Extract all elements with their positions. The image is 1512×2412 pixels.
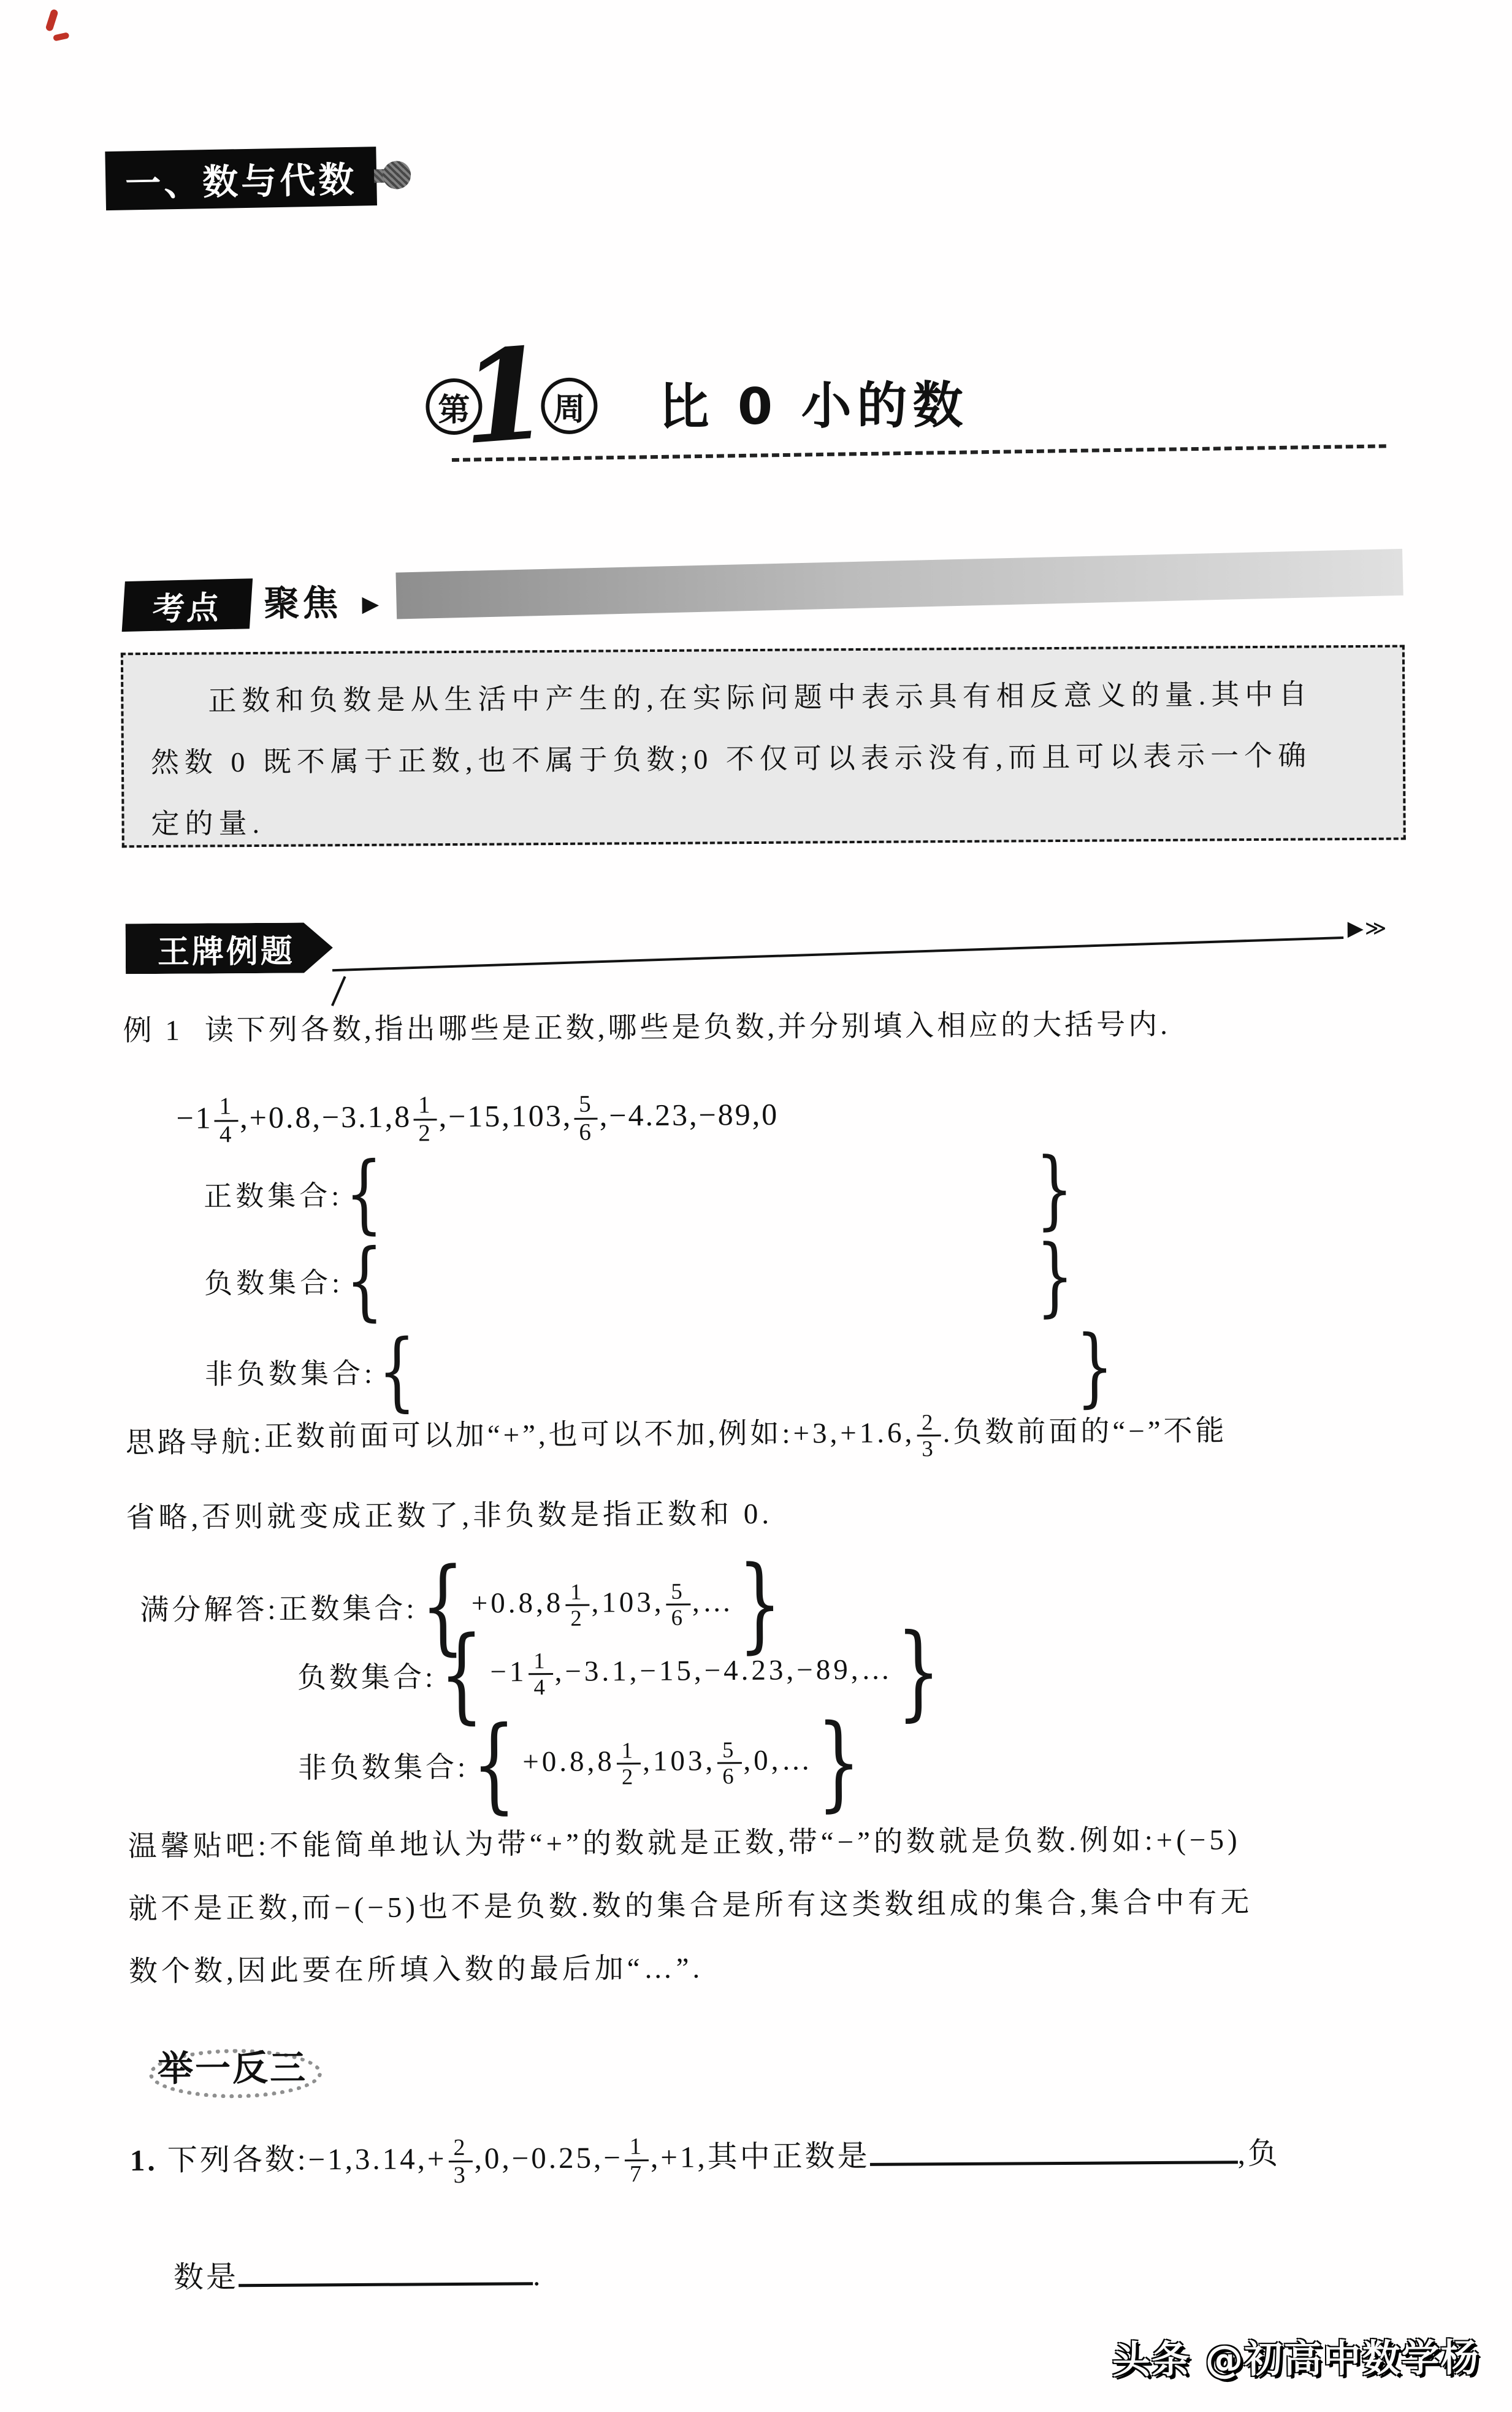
solution-set-items: +0.8,812,103,56,… — [472, 1579, 735, 1631]
question-text: 数是 — [174, 2260, 239, 2294]
red-scan-mark — [45, 9, 58, 32]
set-label: 正数集合: — [204, 1173, 343, 1214]
fraction: 23 — [917, 1411, 941, 1461]
fraction: 23 — [448, 2135, 473, 2188]
fraction: 56 — [717, 1738, 742, 1788]
focus-tag: 考点 — [122, 578, 253, 632]
question-text: 下列各数:−1,3.14,+23,0,−0.25,−17,+1,其中正数是 — [167, 2139, 870, 2177]
question-number: 1. — [130, 2143, 158, 2177]
key-point-line: 定的量. — [151, 786, 1379, 855]
chapter-banner: 一、数与代数 — [105, 147, 377, 210]
guide-line-2: 省略,否则就变成正数了,非负数是指正数和 0. — [126, 1485, 773, 1547]
triangle-arrow-icon: ▶ — [362, 579, 379, 629]
solution-set-items: +0.8,812,103,56,0,… — [522, 1737, 814, 1790]
set-label: 非负数集合: — [205, 1351, 376, 1393]
solution-set-items: −114,−3.1,−15,−4.23,−89,… — [490, 1647, 893, 1699]
fraction: 17 — [625, 2134, 649, 2186]
close-brace: } — [896, 1620, 944, 1723]
fraction: 12 — [413, 1093, 437, 1146]
puzzle-knob-icon — [374, 161, 413, 191]
example-header-slash — [331, 976, 346, 1006]
key-point-line: 然数 0 既不属于正数,也不属于负数;0 不仅可以表示没有,而且可以表示一个确 — [151, 725, 1379, 794]
example-header-line — [332, 936, 1343, 971]
open-brace: { — [472, 1713, 519, 1816]
practice-header: 举一反三 — [158, 2039, 308, 2091]
chapter-banner-label: 一、数与代数 — [124, 151, 357, 207]
set-label: 正数集合: — [278, 1585, 417, 1627]
key-point-box: 正数和负数是从生活中产生的,在实际问题中表示具有相反意义的量.其中自 然数 0 … — [121, 645, 1406, 848]
tip-line-3: 数个数,因此要在所填入数的最后加“…”. — [129, 1933, 1454, 2002]
tip-line-1: 温馨贴吧:不能简单地认为带“+”的数就是正数,带“−”的数就是负数.例如:+(−… — [128, 1808, 1453, 1877]
set-label: 负数集合: — [297, 1654, 436, 1696]
close-brace: } — [1036, 1146, 1077, 1232]
page-content: 一、数与代数 第 1 周 比 0 小的数 考点 聚焦 ▶ 正数和负数是从生活中产… — [0, 0, 1512, 2412]
double-arrow-icon: ▶≫ — [1348, 916, 1388, 941]
answer-blank — [239, 2282, 533, 2287]
example-1-prompt-line: 例 1读下列各数,指出哪些是正数,哪些是负数,并分别填入相应的大括号内. — [123, 1003, 1429, 1051]
example-section-header-label: 王牌例题 — [158, 925, 295, 971]
title-dashed-underline — [452, 444, 1386, 462]
question-period: . — [533, 2258, 543, 2292]
close-brace: } — [1036, 1233, 1078, 1319]
negative-set-fill-row: 负数集合: { } — [204, 1233, 1078, 1325]
positive-set-fill-row: 正数集合: { } — [204, 1146, 1077, 1238]
focus-tag-label: 考点 — [151, 581, 223, 629]
fraction: 12 — [565, 1580, 590, 1630]
set-label: 负数集合: — [204, 1260, 343, 1301]
fraction: 12 — [617, 1739, 641, 1789]
open-brace: { — [345, 1238, 387, 1323]
red-scan-mark — [53, 32, 70, 41]
key-point-line: 正数和负数是从生活中产生的,在实际问题中表示具有相反意义的量.其中自 — [150, 664, 1378, 732]
tip-line-2: 就不是正数,而−(−5)也不是负数.数的集合是所有这类数组成的集合,集合中有无 — [128, 1870, 1453, 1940]
example-1-prompt: 读下列各数,指出哪些是正数,哪些是负数,并分别填入相应的大括号内. — [205, 1009, 1170, 1047]
example-1-label: 例 1 — [123, 1015, 183, 1047]
puzzle-knob-head — [383, 161, 411, 190]
fraction: 56 — [574, 1092, 598, 1146]
solution-label: 满分解答: — [140, 1587, 278, 1628]
guide-text: 正数前面可以加“+”,也可以不加,例如:+3,+1.6,23.负数前面的“−”不… — [264, 1408, 1228, 1465]
guide-label: 思路导航: — [126, 1418, 264, 1460]
example-section-header: 王牌例题 — [126, 922, 333, 974]
week-number: 1 — [457, 331, 554, 462]
open-brace: { — [345, 1150, 387, 1236]
guide-line-1: 思路导航:正数前面可以加“+”,也可以不加,例如:+3,+1.6,23.负数前面… — [125, 1389, 1462, 1483]
answer-blank — [870, 2161, 1238, 2166]
tip-label: 温馨贴吧: — [128, 1830, 270, 1863]
week-circle-right-char: 周 — [553, 383, 585, 429]
focus-gradient-bar — [395, 549, 1403, 619]
page-title: 比 0 小的数 — [659, 366, 969, 439]
close-brace: } — [817, 1710, 864, 1813]
focus-subtitle: 聚焦 — [264, 578, 342, 629]
question-tail: ,负 — [1237, 2137, 1280, 2170]
question-1-line-2: 数是. — [174, 2245, 543, 2308]
week-circle-right: 周 — [541, 378, 598, 435]
solution-nonnegative-set-row: 非负数集合: { +0.8,812,103,56,0,… } — [297, 1712, 868, 1817]
set-label: 非负数集合: — [298, 1744, 468, 1786]
question-1-line-1: 1. 下列各数:−1,3.14,+23,0,−0.25,−17,+1,其中正数是… — [129, 2100, 1454, 2213]
scanned-textbook-page: 一、数与代数 第 1 周 比 0 小的数 考点 聚焦 ▶ 正数和负数是从生活中产… — [0, 0, 1512, 2412]
fraction: 14 — [529, 1649, 553, 1699]
watermark: 头条 @初高中数学杨 — [1112, 2327, 1480, 2384]
fraction: 14 — [214, 1094, 238, 1147]
fraction: 56 — [666, 1579, 690, 1629]
tip-text: 不能简单地认为带“+”的数就是正数,带“−”的数就是负数.例如:+(−5) — [270, 1824, 1241, 1862]
